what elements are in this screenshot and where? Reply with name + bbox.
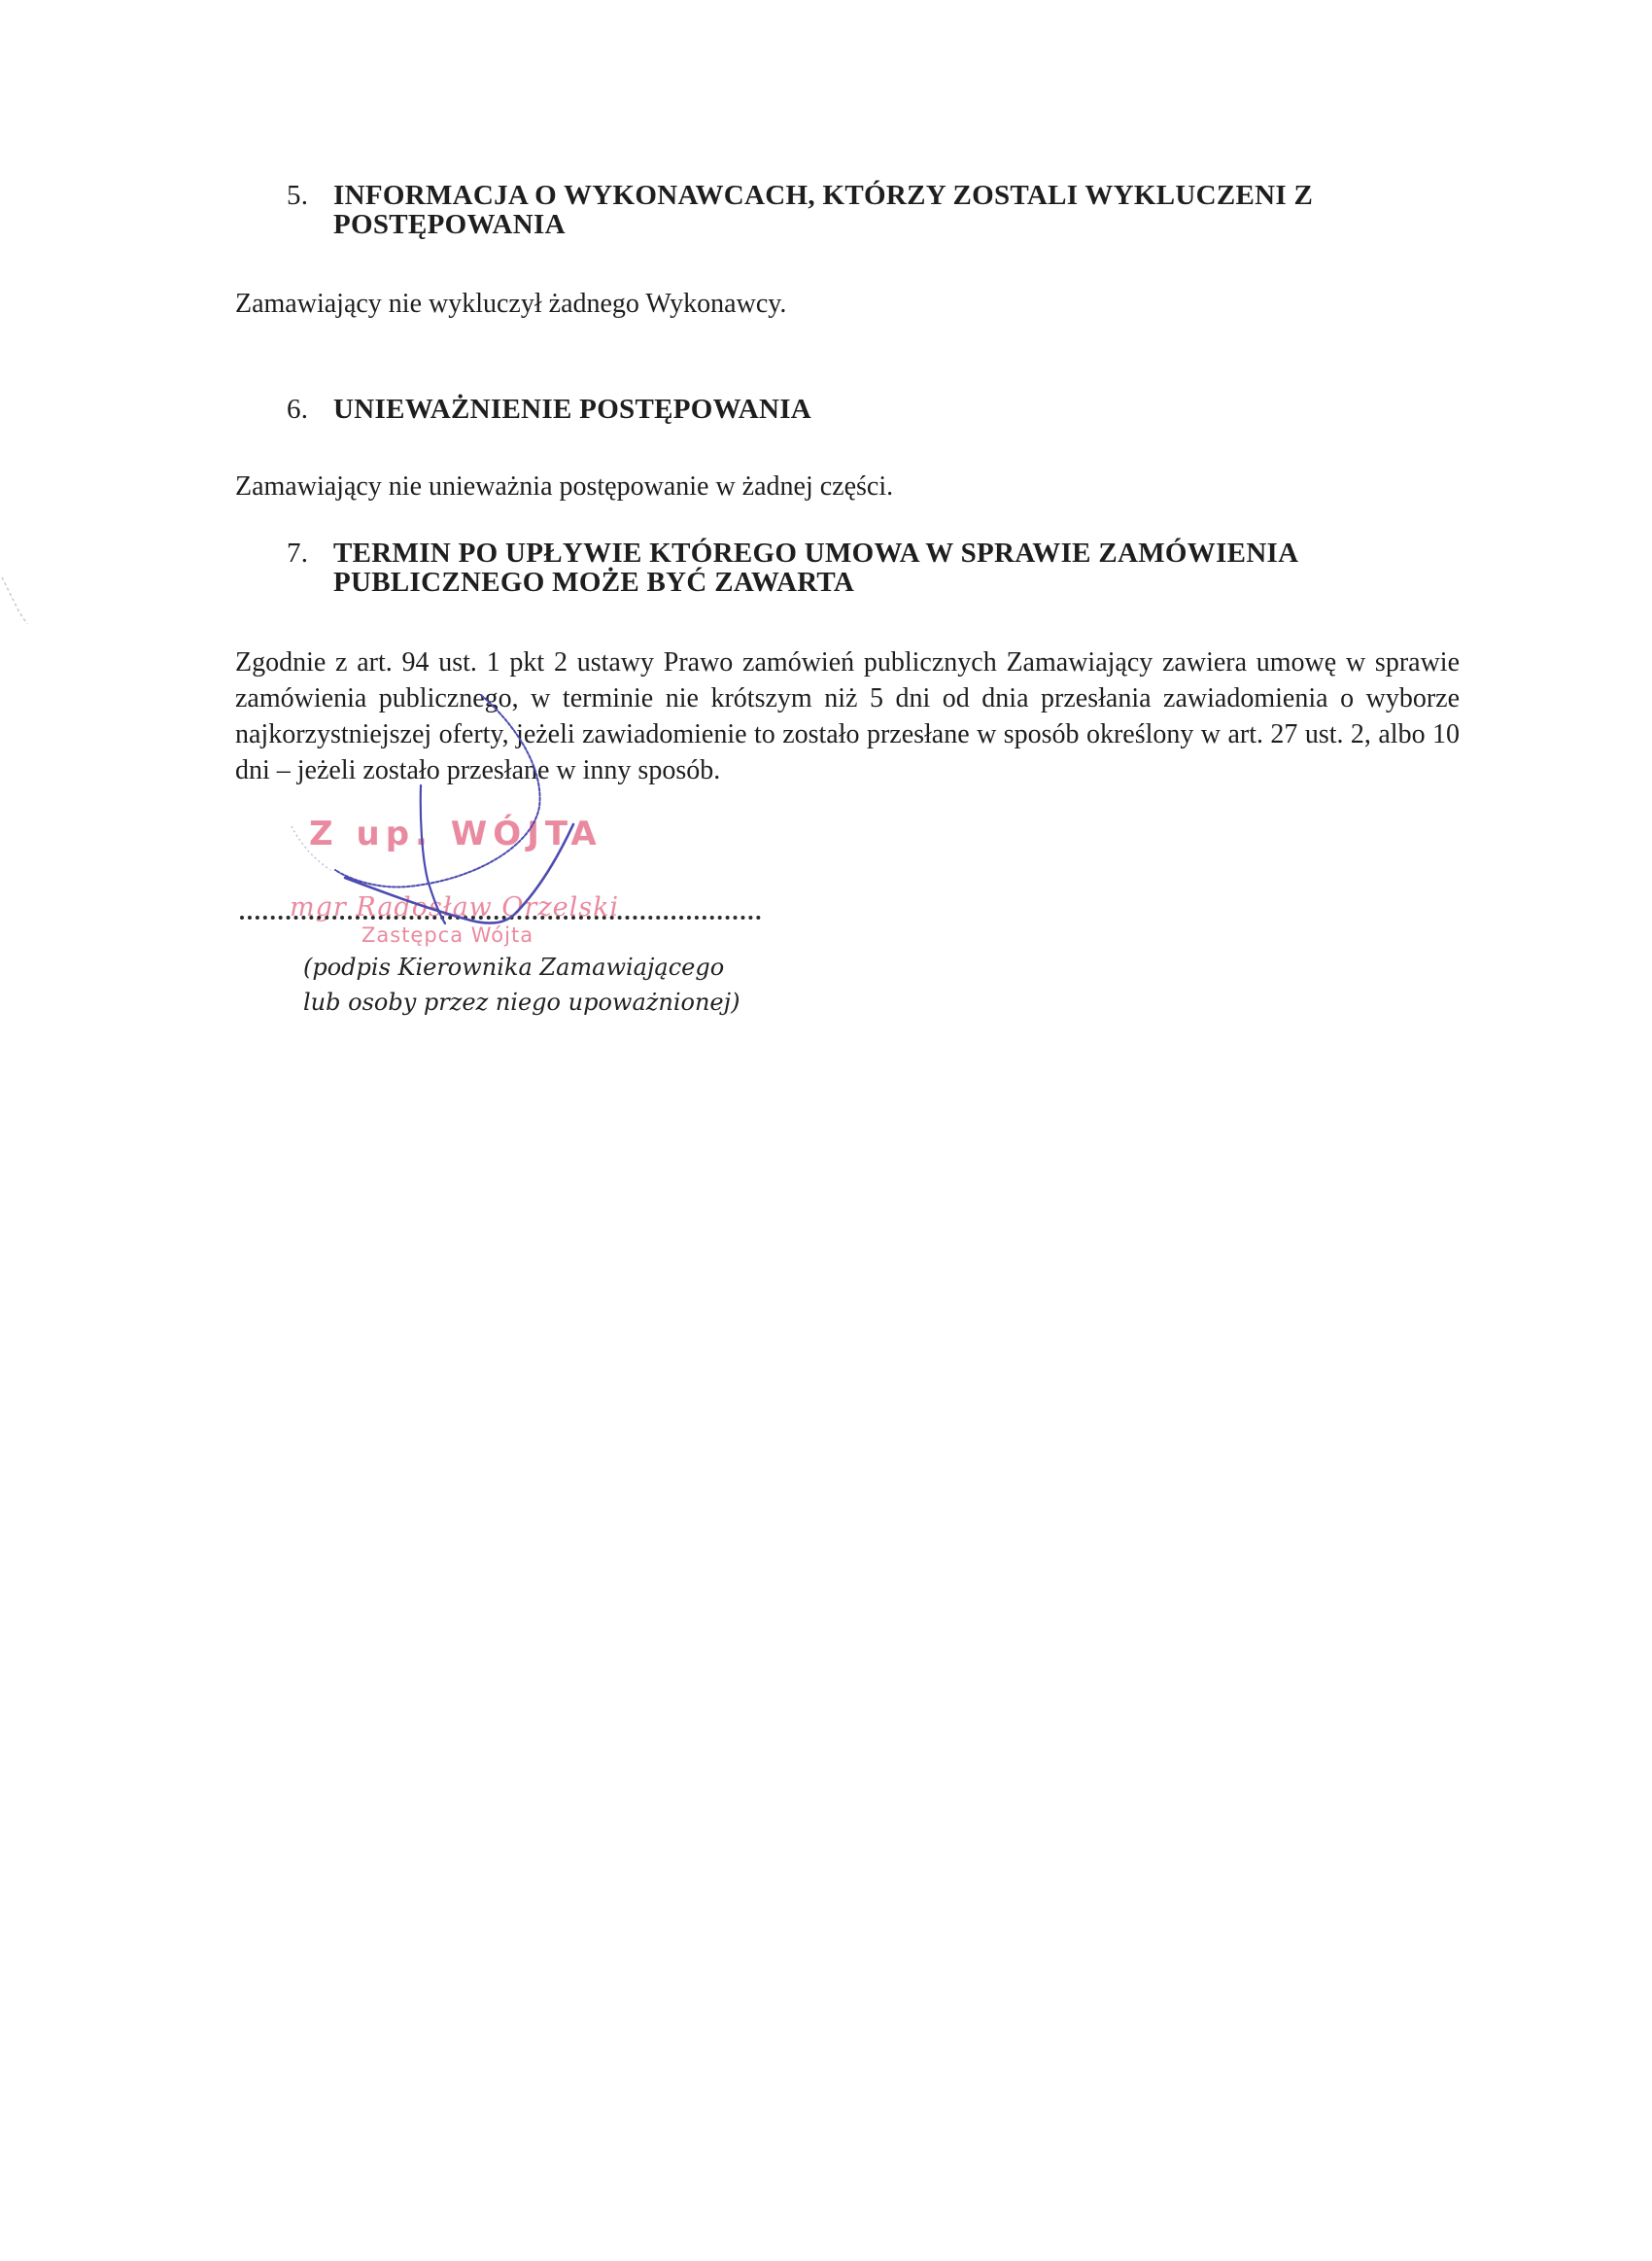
section-7-body: Zgodnie z art. 94 ust. 1 pkt 2 ustawy Pr… [235, 644, 1460, 788]
section-title: TERMIN PO UPŁYWIE KTÓREGO UMOWA W SPRAWI… [333, 539, 1472, 597]
section-number: 6. [287, 395, 333, 424]
document-page: 5. INFORMACJA O WYKONAWCACH, KTÓRZY ZOST… [0, 0, 1652, 2261]
scan-artifact [0, 574, 39, 632]
signature-caption-line1: (podpis Kierownika Zamawiającego [303, 951, 724, 984]
section-7-heading: 7. TERMIN PO UPŁYWIE KTÓREGO UMOWA W SPR… [287, 539, 1472, 597]
section-5-heading: 5. INFORMACJA O WYKONAWCACH, KTÓRZY ZOST… [287, 181, 1472, 239]
signature-caption-line2: lub osoby przez niego upoważnionej) [303, 986, 740, 1019]
section-number: 7. [287, 539, 333, 597]
section-6-heading: 6. UNIEWAŻNIENIE POSTĘPOWANIA [287, 395, 1472, 424]
section-5-body: Zamawiający nie wykluczył żadnego Wykona… [235, 286, 1460, 322]
section-title: INFORMACJA O WYKONAWCACH, KTÓRZY ZOSTALI… [333, 181, 1472, 239]
section-title: UNIEWAŻNIENIE POSTĘPOWANIA [333, 395, 1472, 424]
section-6-body: Zamawiający nie unieważnia postępowanie … [235, 469, 1460, 504]
section-number: 5. [287, 181, 333, 239]
handwritten-signature [0, 0, 1652, 2261]
stamp-role: Zastępca Wójta [361, 923, 533, 947]
signature-line [240, 916, 761, 920]
stamp-authority: Z up. WÓJTA [309, 815, 602, 853]
